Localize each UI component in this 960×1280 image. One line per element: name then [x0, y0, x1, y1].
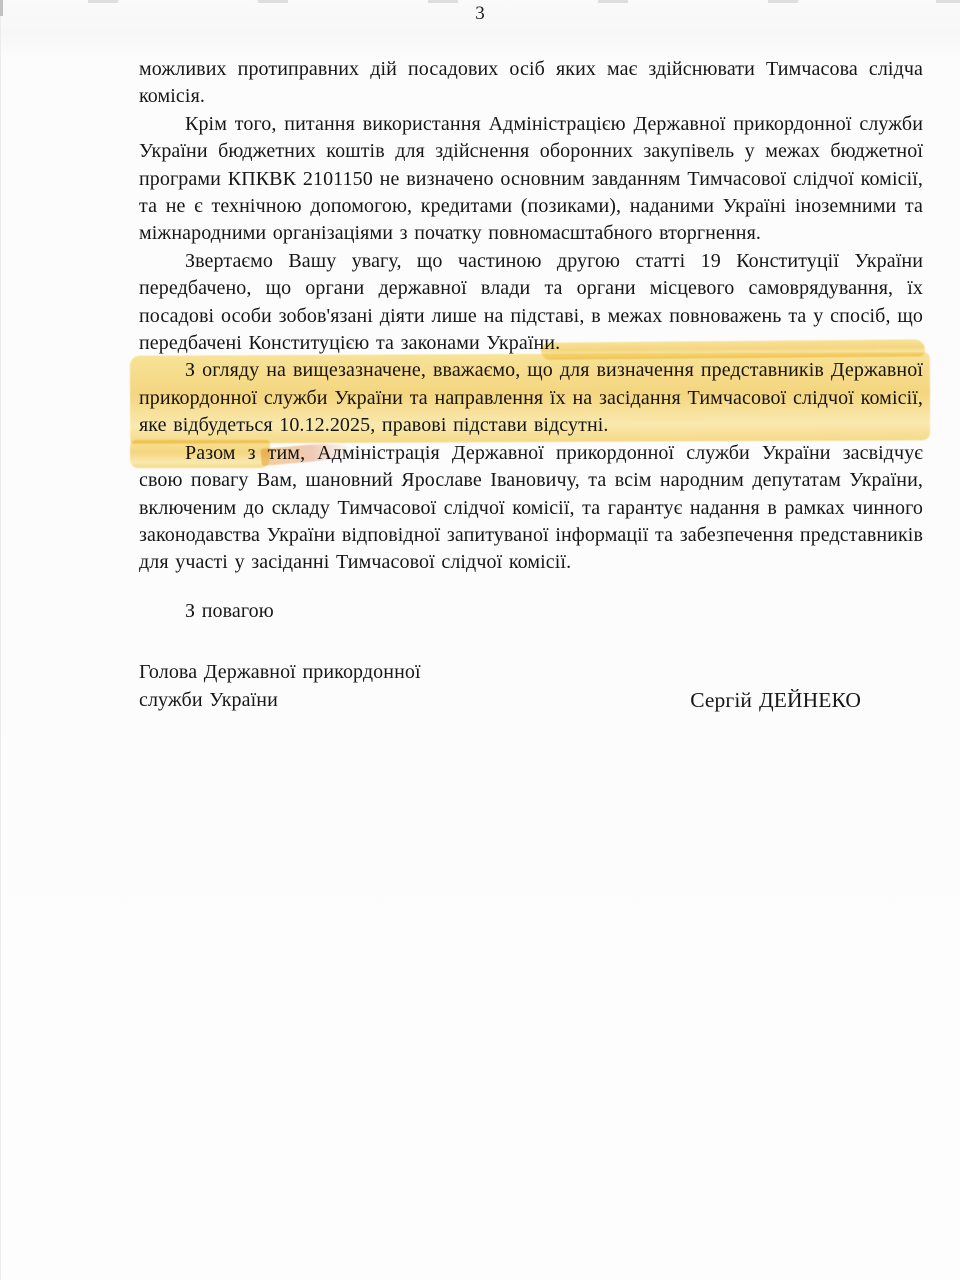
paragraph-no-legal-grounds: З огляду на вищезазначене, вважаємо, що …	[139, 357, 923, 439]
signer-title: Голова Державної прикордонної служби Укр…	[139, 659, 421, 714]
signer-title-line1: Голова Державної прикордонної	[139, 659, 421, 686]
paragraph-constitution-article19: Звертаємо Вашу увагу, що частиною другою…	[139, 248, 923, 358]
paragraph-budget-funds: Крім того, питання використання Адмініст…	[139, 111, 923, 248]
scanned-letter-page: 3 можливих протиправних дій посадових ос…	[0, 0, 960, 1280]
page-number: 3	[0, 3, 960, 25]
signer-name: Сергій ДЕЙНЕКО	[690, 687, 923, 714]
highlighted-paragraph-wrap: З огляду на вищезазначене, вважаємо, що …	[139, 357, 923, 439]
signature-block: Голова Державної прикордонної служби Укр…	[139, 659, 923, 714]
paragraph-continuation: можливих протиправних дій посадових осіб…	[139, 56, 923, 111]
paragraph-respect-assurance: Разом з тим, Адміністрація Державної при…	[139, 440, 923, 577]
letter-body: можливих протиправних дій посадових осіб…	[139, 56, 923, 714]
scan-edge-line	[0, 16, 1, 1280]
closing-salutation: З повагою	[139, 598, 923, 625]
signer-title-line2: служби України	[139, 687, 421, 714]
